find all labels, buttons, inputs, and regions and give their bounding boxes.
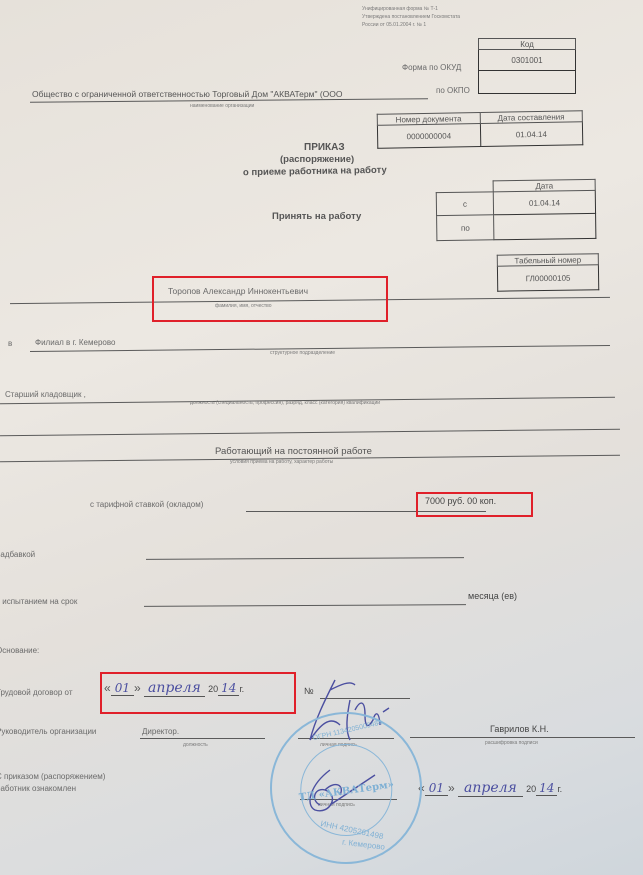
organization-name: Общество с ограниченной ответственностью… <box>32 89 343 99</box>
doc-date: 01.04.14 <box>480 122 583 147</box>
order-description: о приеме работника на работу <box>243 165 387 179</box>
department-value: Филиал в г. Кемерово <box>35 338 115 347</box>
form-header-line3: России от 05.01.2004 г. № 1 <box>362 22 426 28</box>
director-position-underline <box>140 738 265 739</box>
bonus-label: надбавкой <box>0 550 35 559</box>
document-table: Номер документа Дата составления 0000000… <box>377 110 584 149</box>
probation-label: с испытанием на срок <box>0 597 77 606</box>
acquainted-year: 14 <box>536 781 557 796</box>
position-second-line <box>0 429 620 436</box>
position-value: Старший кладовщик , <box>5 390 86 399</box>
highlight-salary <box>416 492 533 517</box>
department-caption: структурное подразделение <box>270 350 335 356</box>
acquainted-day: 01 <box>425 781 448 796</box>
stamp-ogrn: ОГРН 1134205005484 <box>312 719 383 742</box>
acquainted-date: «01» апреля 2014г. <box>418 780 562 796</box>
tab-number-table: Табельный номер ГЛ00000105 <box>497 253 600 291</box>
acquainted-line2: работник ознакомлен <box>0 784 76 793</box>
acquainted-line1: С приказом (распоряжением) <box>0 772 105 781</box>
probation-suffix: месяца (ев) <box>468 591 517 601</box>
hire-date-table: Дата с 01.04.14 по <box>436 179 597 241</box>
code-header: Код <box>479 39 576 50</box>
director-name-caption: расшифровка подписи <box>485 740 538 746</box>
hire-from-date: 01.04.14 <box>493 190 595 214</box>
form-header-line2: Утверждена постановлением Госкомстата <box>362 14 460 20</box>
okud-value: 0301001 <box>479 50 576 71</box>
order-title: ПРИКАЗ <box>304 142 345 153</box>
conditions-value: Работающий на постоянной работе <box>215 446 372 457</box>
order-subtitle: (распоряжение) <box>280 154 354 165</box>
doc-number: 0000000004 <box>377 124 480 149</box>
bonus-underline <box>146 557 464 560</box>
position-caption: должность (специальность, профессия), ра… <box>190 400 380 406</box>
director-position: Директор. <box>142 727 179 736</box>
highlight-contract-date <box>100 672 296 714</box>
hire-label: Принять на работу <box>272 211 361 222</box>
basis-label: Основание: <box>0 646 39 655</box>
salary-label: с тарифной ставкой (окладом) <box>90 500 203 509</box>
form-header-line1: Унифицированная форма № Т-1 <box>362 6 438 12</box>
organization-caption: наименование организации <box>190 103 254 109</box>
director-name: Гаврилов К.Н. <box>490 724 549 734</box>
okpo-label: по ОКПО <box>436 86 470 95</box>
tab-number-value: ГЛ00000105 <box>497 265 598 291</box>
code-table: Код 0301001 <box>478 38 576 94</box>
okpo-value <box>479 71 576 94</box>
company-stamp: ТД «АКВАТерм» ОГРН 1134205005484 ИНН 420… <box>260 702 432 874</box>
director-name-underline <box>410 737 635 738</box>
department-prefix: в <box>8 339 12 348</box>
hire-to-date <box>494 213 596 239</box>
acquainted-month: апреля <box>458 780 523 797</box>
conditions-caption: условия приема на работу, характер работ… <box>230 459 333 465</box>
acquainted-year-prefix: 20 <box>526 784 536 794</box>
contract-label: Трудовой договор от <box>0 688 72 697</box>
director-position-caption: должность <box>183 742 208 748</box>
okud-label: Форма по ОКУД <box>402 63 461 72</box>
acquainted-year-end: г. <box>557 784 562 794</box>
hire-to-label: по <box>437 215 495 241</box>
probation-underline <box>144 604 466 607</box>
highlight-employee-name <box>152 276 388 322</box>
hire-from-label: с <box>436 192 494 216</box>
director-label: Руководитель организации <box>0 727 96 736</box>
